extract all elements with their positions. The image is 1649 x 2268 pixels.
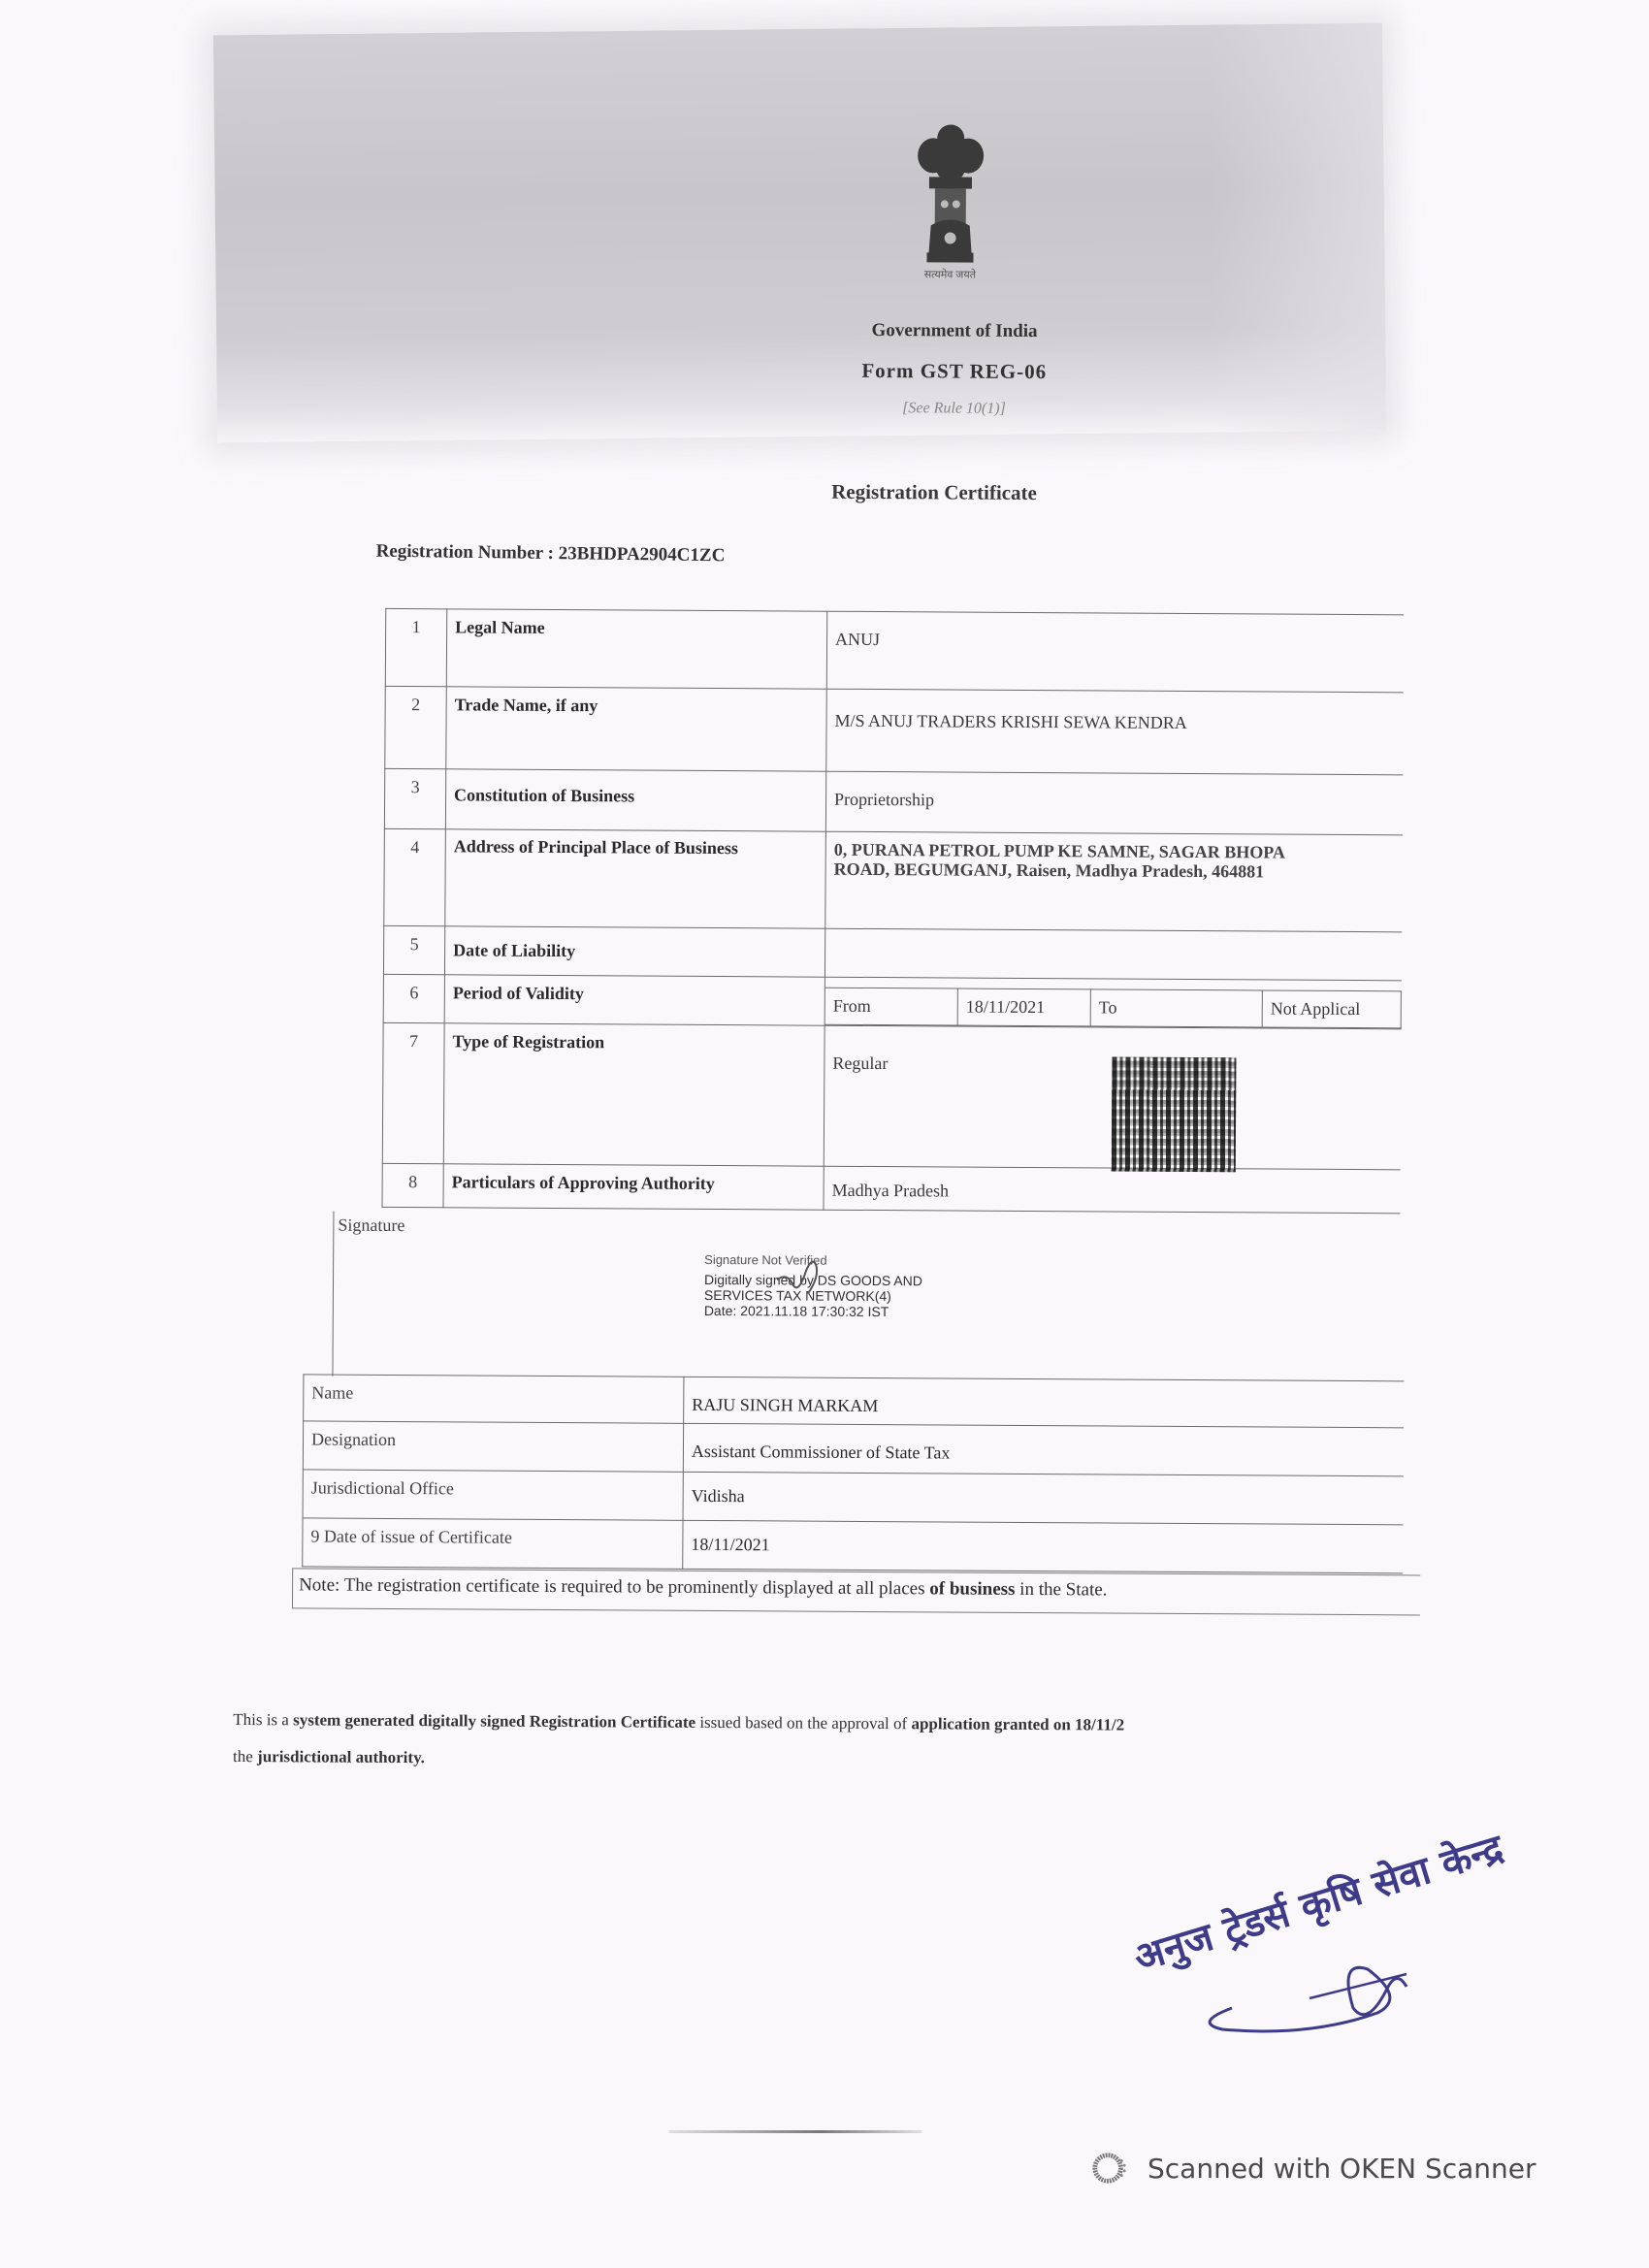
signature-check-icon — [769, 1250, 827, 1309]
footer-bold-text: application granted on 18/11/2 — [911, 1714, 1124, 1733]
system-generated-notice: This is a system generated digitally sig… — [233, 1701, 1426, 1783]
registration-type-value: Regular — [824, 1025, 1401, 1170]
legal-name-value: ANUJ — [826, 611, 1404, 693]
row-label: Address of Principal Place of Business — [445, 829, 826, 928]
row-number: 4 — [384, 828, 446, 925]
scanner-label: Scanned with OKEN Scanner — [1148, 2153, 1536, 2185]
signature-label: Signature — [338, 1215, 404, 1236]
table-row: Name RAJU SINGH MARKAM — [304, 1375, 1405, 1428]
validity-to-value: Not Applical — [1262, 990, 1401, 1028]
table-row: Jurisdictional Office Vidisha — [303, 1470, 1404, 1525]
oken-scanner-logo-icon — [1091, 2150, 1128, 2187]
row-number: 6 — [383, 974, 444, 1022]
constitution-value: Proprietorship — [825, 771, 1403, 835]
form-number: Form GST REG-06 — [760, 358, 1148, 384]
validity-to-label: To — [1090, 989, 1262, 1027]
government-heading: Government of India — [760, 319, 1148, 342]
officer-designation-value: Assistant Commissioner of State Tax — [683, 1423, 1404, 1476]
footer-bold-text: system generated digitally signed Regist… — [293, 1710, 695, 1732]
row-number: 1 — [385, 608, 446, 686]
row-label: Constitution of Business — [445, 769, 825, 831]
row-label: Particulars of Approving Authority — [443, 1164, 824, 1210]
address-value: 0, PURANA PETROL PUMP KE SAMNE, SAGAR BH… — [825, 831, 1403, 932]
officer-label: Jurisdictional Office — [303, 1470, 683, 1520]
issue-date-value: 18/11/2021 — [683, 1520, 1404, 1573]
registration-type-text: Regular — [832, 1053, 888, 1073]
row-label: Legal Name — [446, 609, 826, 689]
scanner-watermark: Scanned with OKEN Scanner — [1091, 2150, 1536, 2187]
row-number: 5 — [383, 925, 444, 974]
officer-label: 9 Date of issue of Certificate — [303, 1518, 683, 1569]
approving-authority-value: Madhya Pradesh — [824, 1166, 1401, 1214]
footer-bold-text: jurisdictional authority. — [257, 1747, 425, 1766]
footer-text: This is a — [233, 1710, 293, 1729]
officer-label: Designation — [303, 1421, 683, 1472]
note-bold-text: of business — [929, 1578, 1015, 1600]
row-number: 8 — [382, 1163, 443, 1207]
table-row: 3 Constitution of Business Proprietorshi… — [384, 768, 1403, 834]
row-label: Trade Name, if any — [446, 687, 827, 771]
registration-number: Registration Number : 23BHDPA2904C1ZC — [375, 541, 725, 567]
footer-text: issued based on the approval of — [695, 1713, 911, 1733]
table-row: 7 Type of Registration Regular — [382, 1022, 1401, 1169]
handwritten-signature-icon — [1115, 1814, 1581, 2037]
note-suffix: in the State. — [1015, 1579, 1107, 1601]
business-stamp: अनुज ट्रेडर्स कृषि सेवा केन्द्र — [1115, 1814, 1581, 2037]
table-row: 6 Period of Validity From 18/11/2021 To … — [383, 974, 1402, 1028]
rule-reference: [See Rule 10(1)] — [760, 399, 1148, 418]
validity-subtable: From 18/11/2021 To Not Applical — [825, 988, 1402, 1029]
registration-details-table: 1 Legal Name ANUJ 2 Trade Name, if any M… — [381, 608, 1404, 1214]
date-of-liability-value — [824, 928, 1402, 981]
table-row: 1 Legal Name ANUJ — [385, 608, 1404, 692]
row-number: 2 — [385, 686, 447, 768]
validity-from-value: 18/11/2021 — [957, 988, 1090, 1026]
row-label: Period of Validity — [444, 975, 824, 1025]
note-text: Note: The registration certificate is re… — [299, 1574, 929, 1599]
table-row: 8 Particulars of Approving Authority Mad… — [382, 1163, 1401, 1213]
table-row: Designation Assistant Commissioner of St… — [303, 1421, 1404, 1476]
emblem-caption: सत्यमेव जयते — [911, 267, 988, 281]
registration-number-value: 23BHDPA2904C1ZC — [559, 543, 726, 566]
display-note: Note: The registration certificate is re… — [292, 1568, 1420, 1615]
table-row: 2 Trade Name, if any M/S ANUJ TRADERS KR… — [385, 686, 1404, 774]
validity-from-label: From — [825, 988, 958, 1025]
page-title: Registration Certificate — [740, 479, 1128, 505]
validity-value: From 18/11/2021 To Not Applical — [824, 977, 1402, 1029]
jurisdictional-office-value: Vidisha — [683, 1472, 1404, 1525]
qr-code-icon[interactable] — [1112, 1057, 1237, 1173]
table-row: 5 Date of Liability — [383, 925, 1402, 980]
footer-text: the — [233, 1747, 257, 1766]
officer-details-table: Name RAJU SINGH MARKAM Designation Assis… — [302, 1374, 1404, 1573]
table-row: 9 Date of issue of Certificate 18/11/202… — [303, 1518, 1404, 1573]
officer-label: Name — [304, 1375, 684, 1423]
row-label: Date of Liability — [444, 926, 824, 977]
divider-line — [669, 2130, 921, 2133]
table-row: 4 Address of Principal Place of Business… — [384, 828, 1403, 931]
row-label: Type of Registration — [443, 1023, 824, 1166]
row-number: 3 — [384, 768, 445, 828]
registration-number-label: Registration Number : — [375, 541, 554, 564]
row-number: 7 — [382, 1022, 444, 1163]
national-emblem-icon — [901, 116, 999, 287]
address-line-2: ROAD, BEGUMGANJ, Raisen, Madhya Pradesh,… — [834, 859, 1395, 883]
officer-name-value: RAJU SINGH MARKAM — [684, 1377, 1405, 1428]
trade-name-value: M/S ANUJ TRADERS KRISHI SEWA KENDRA — [826, 689, 1404, 775]
